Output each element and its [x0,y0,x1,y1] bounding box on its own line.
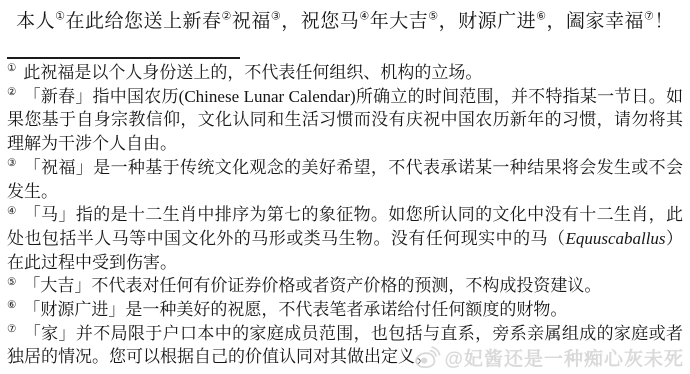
title-text: ，祝您马 [281,11,359,32]
footnote-item: ⑤「大吉」不代表对任何有价证券价格或者资产价格的预测，不构成投资建议。 [7,274,683,298]
footnote-text: 「财源广进」是一种美好的祝愿，不代表笔者承诺给付任何额度的财物。 [23,300,567,319]
footnote-ref: ④ [359,11,369,23]
title-text: ，财源广进 [439,11,537,32]
footnote-item: ③「祝福」是一种基于传统文化观念的美好希望，不代表承诺某一种结果将会发生或不会发… [7,156,683,203]
footnote-ref: ⑤ [428,11,438,23]
title-text: 年大吉 [370,11,429,32]
title-text: 祝福 [232,11,271,32]
title-text: 在此给您送上新春 [66,11,222,32]
footnote-separator [7,57,240,59]
footnote-ref: ⑦ [644,11,654,23]
title-text: 本人 [16,11,55,32]
footnote-ref: ⑥ [536,11,546,23]
greeting-title: 本人①在此给您送上新春②祝福③，祝您马④年大吉⑤，财源广进⑥，阖家幸福⑦！ [0,0,690,35]
footnote-item: ⑥「财源广进」是一种美好的祝愿，不代表笔者承诺给付任何额度的财物。 [7,298,683,322]
footnote-text: 此祝福是以个人身份送上的，不代表任何组织、机构的立场。 [23,63,482,82]
weibo-icon [414,346,441,369]
footnote-marker: ④ [7,206,17,217]
footnote-marker: ② [7,87,17,98]
footnote-text: 「大吉」不代表对任何有价证券价格或者资产价格的预测，不构成投资建议。 [23,276,601,295]
footnote-list: ①此祝福是以个人身份送上的，不代表任何组织、机构的立场。②「新春」指中国农历(C… [0,61,690,369]
footnote-item: ①此祝福是以个人身份送上的，不代表任何组织、机构的立场。 [7,61,683,85]
footnote-item: ②「新春」指中国农历(Chinese Lunar Calendar)所确立的时间… [7,85,683,156]
footnote-ref: ③ [271,11,281,23]
footnote-marker: ③ [7,158,17,169]
footnote-ref: ② [222,11,232,23]
footnote-marker: ⑦ [7,324,17,335]
footnote-text: 「祝福」是一种基于传统文化观念的美好希望，不代表承诺某一种结果将会发生或不会发生… [7,158,683,201]
footnote-marker: ① [7,63,16,74]
footnote-ref: ① [55,11,65,23]
footnote-text: Equuscaballus [565,229,665,248]
footnote-marker: ⑥ [7,300,16,311]
title-text: ，阖家幸福 [546,11,644,32]
title-text: ！ [654,11,674,32]
footnote-item: ④「马」指的是十二生肖中排序为第七的象征物。如您所认同的文化中没有十二生肖，此处… [7,203,683,274]
footnote-text: 「新春」指中国农历(Chinese Lunar Calendar)所确立的时间范… [7,87,683,153]
watermark: @妃酱还是一种痴心灰未死 [414,344,684,371]
document-page: 本人①在此给您送上新春②祝福③，祝您马④年大吉⑤，财源广进⑥，阖家幸福⑦！ ①此… [0,0,690,374]
watermark-handle: @妃酱还是一种痴心灰未死 [444,344,684,371]
footnote-marker: ⑤ [7,277,16,288]
